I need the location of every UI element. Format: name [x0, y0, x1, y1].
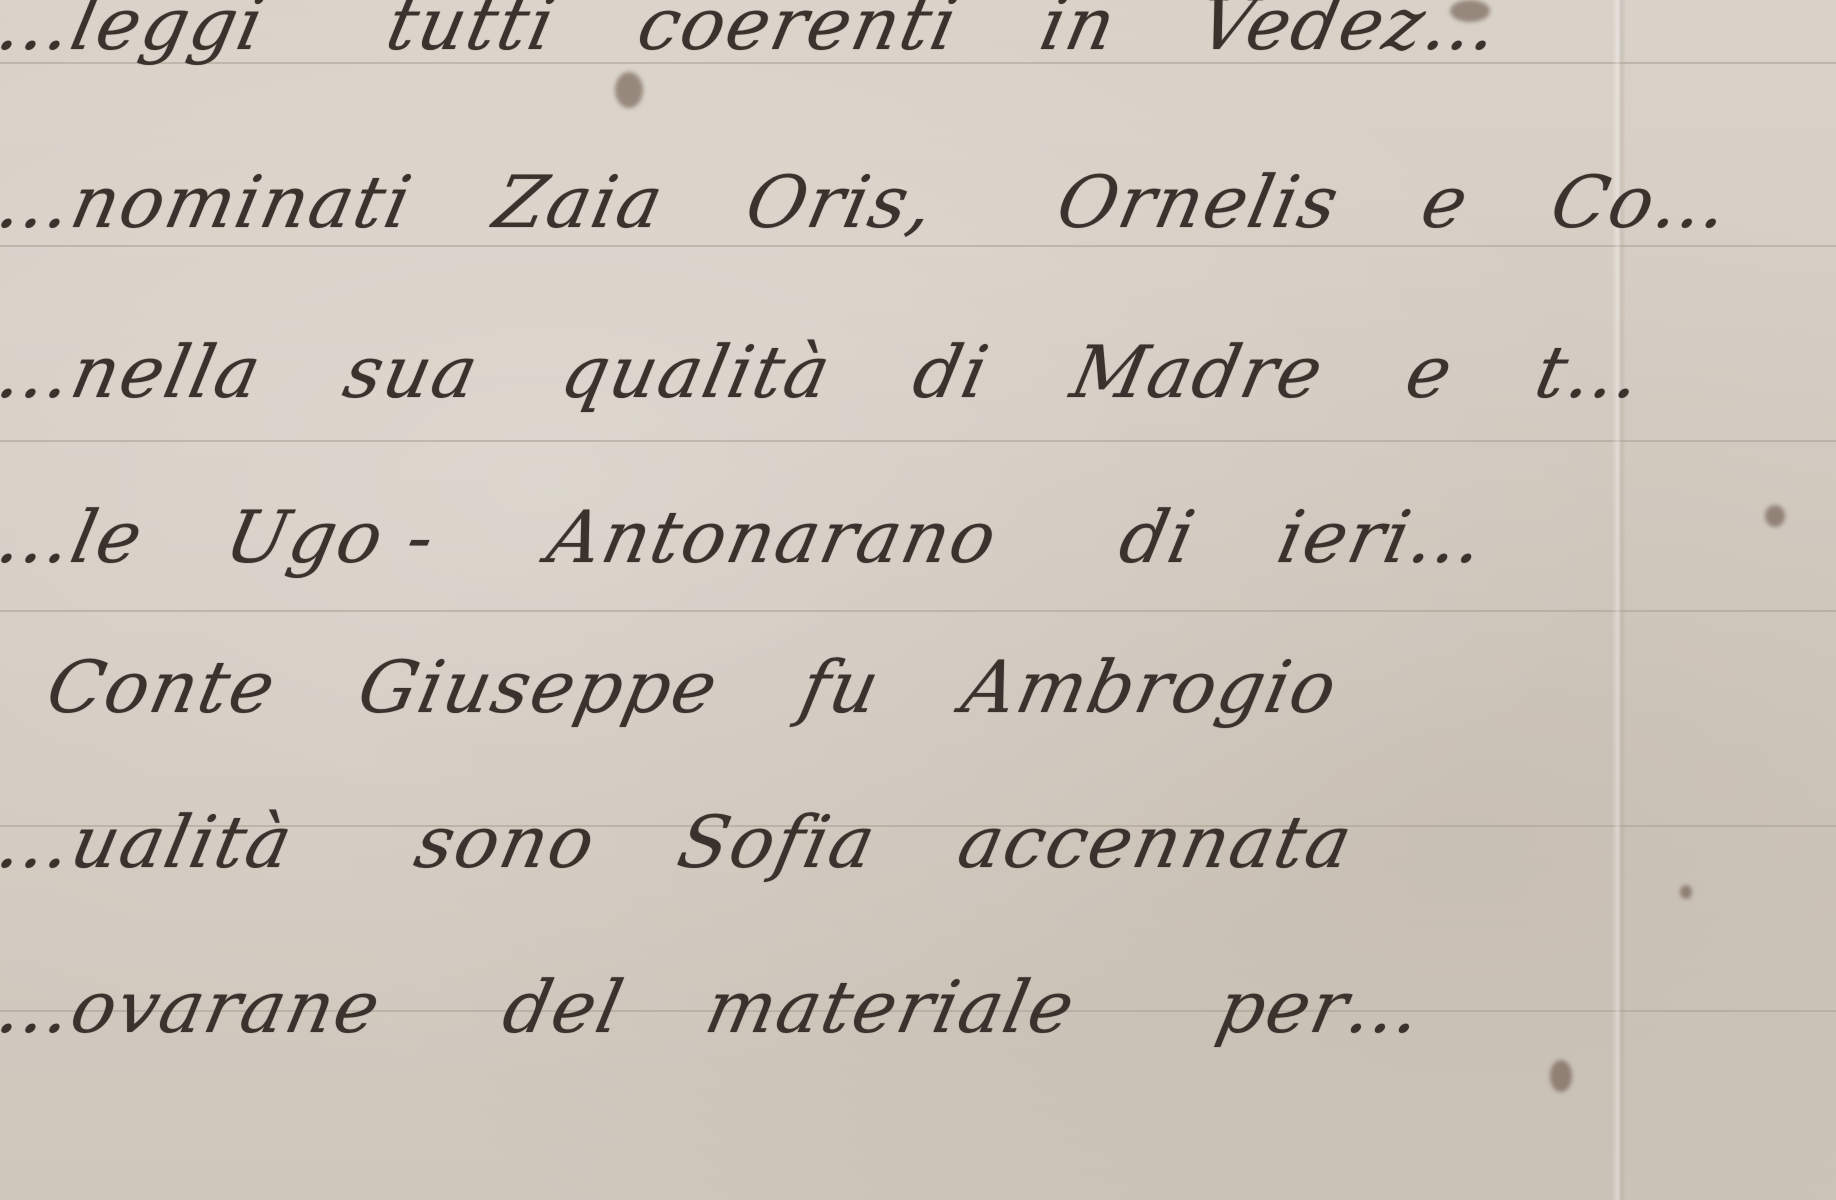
- word: e: [1415, 160, 1477, 244]
- word: Ambrogio: [955, 645, 1345, 729]
- handwritten-line-7: …ovarane del materiale per…: [0, 965, 1491, 1049]
- word: …nella: [0, 330, 270, 414]
- word: Sofia: [671, 800, 884, 884]
- word: …nominati: [0, 160, 420, 244]
- word: …le: [0, 495, 151, 579]
- word: accennata: [951, 800, 1361, 884]
- word: Madre: [1064, 330, 1332, 414]
- word: …ualità: [0, 800, 301, 884]
- word: Giuseppe: [351, 645, 726, 729]
- ink-stain: [1550, 1060, 1572, 1092]
- word: qualità: [554, 330, 839, 414]
- word: di: [906, 330, 997, 414]
- word: sua: [337, 330, 487, 414]
- ruled-line: [0, 610, 1836, 612]
- word: Vedez…: [1192, 0, 1508, 66]
- word: per…: [1210, 965, 1431, 1049]
- handwritten-line-4: …le Ugo - Antonarano di ieri…: [0, 495, 1554, 579]
- word: del: [496, 965, 632, 1049]
- ruled-line: [0, 440, 1836, 442]
- word: Ugo -: [219, 495, 444, 579]
- handwritten-line-6: …ualità sono Sofia accennata: [0, 800, 1421, 884]
- word: ieri…: [1271, 495, 1494, 579]
- ink-stain: [615, 72, 643, 108]
- word: Ornelis: [1050, 160, 1347, 244]
- ink-stain: [1765, 505, 1785, 527]
- word: …ovarane: [0, 965, 389, 1049]
- word: di: [1113, 495, 1204, 579]
- word: e: [1399, 330, 1461, 414]
- handwritten-line-2: …nominati Zaia Oris, Ornelis e Co…: [0, 160, 1798, 244]
- ruled-line: [0, 245, 1836, 247]
- word: t…: [1528, 330, 1651, 414]
- ink-stain: [1680, 885, 1692, 899]
- word: in: [1033, 0, 1124, 66]
- word: tutti: [380, 0, 564, 66]
- handwritten-line-3: …nella sua qualità di Madre e t…: [0, 330, 1711, 414]
- word: Oris,: [739, 160, 943, 244]
- handwritten-line-5: Conte Giuseppe fu Ambrogio: [40, 645, 1406, 729]
- word: sono: [408, 800, 604, 884]
- word: coerenti: [631, 0, 966, 66]
- handwritten-line-1: …leggi tutti coerenti in Vedez…: [0, 0, 1568, 66]
- word: Antonarano: [541, 495, 1006, 579]
- word: Conte: [40, 645, 284, 729]
- word: materiale: [699, 965, 1084, 1049]
- word: Zaia: [487, 160, 672, 244]
- word: …leggi: [0, 0, 273, 66]
- word: Co…: [1544, 160, 1738, 244]
- word: fu: [793, 645, 888, 729]
